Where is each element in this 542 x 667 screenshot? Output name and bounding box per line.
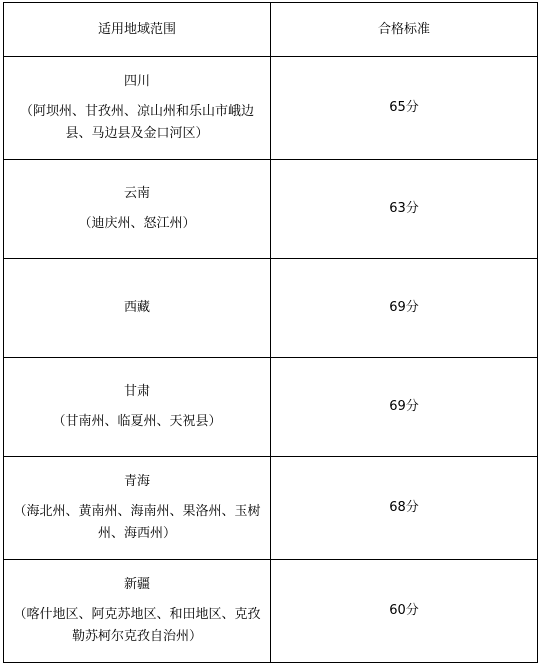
header-passing-standard: 合格标准 xyxy=(271,3,538,57)
region-cell: 云南 （迪庆州、怒江州） xyxy=(4,160,271,259)
score-cell: 63分 xyxy=(271,160,538,259)
table-row: 西藏 69分 xyxy=(4,259,538,358)
region-name: 青海 xyxy=(10,471,264,493)
table-row: 四川 （阿坝州、甘孜州、凉山州和乐山市峨边县、马边县及金口河区） 65分 xyxy=(4,57,538,160)
header-region-scope: 适用地域范围 xyxy=(4,3,271,57)
score-cell: 69分 xyxy=(271,259,538,358)
region-detail: （甘南州、临夏州、天祝县） xyxy=(10,411,264,433)
region-cell: 新疆 （喀什地区、阿克苏地区、和田地区、克孜勒苏柯尔克孜自治州） xyxy=(4,560,271,663)
region-detail: （迪庆州、怒江州） xyxy=(10,213,264,235)
region-cell: 青海 （海北州、黄南州、海南州、果洛州、玉树州、海西州） xyxy=(4,457,271,560)
score-cell: 69分 xyxy=(271,358,538,457)
score-cell: 68分 xyxy=(271,457,538,560)
region-cell: 四川 （阿坝州、甘孜州、凉山州和乐山市峨边县、马边县及金口河区） xyxy=(4,57,271,160)
qualification-standards-table: 适用地域范围 合格标准 四川 （阿坝州、甘孜州、凉山州和乐山市峨边县、马边县及金… xyxy=(3,2,538,663)
table-row: 云南 （迪庆州、怒江州） 63分 xyxy=(4,160,538,259)
region-detail: （喀什地区、阿克苏地区、和田地区、克孜勒苏柯尔克孜自治州） xyxy=(10,604,264,648)
table-row: 青海 （海北州、黄南州、海南州、果洛州、玉树州、海西州） 68分 xyxy=(4,457,538,560)
region-cell: 甘肃 （甘南州、临夏州、天祝县） xyxy=(4,358,271,457)
score-cell: 60分 xyxy=(271,560,538,663)
region-name: 西藏 xyxy=(10,297,264,319)
score-cell: 65分 xyxy=(271,57,538,160)
table-row: 新疆 （喀什地区、阿克苏地区、和田地区、克孜勒苏柯尔克孜自治州） 60分 xyxy=(4,560,538,663)
region-name: 新疆 xyxy=(10,574,264,596)
table-header-row: 适用地域范围 合格标准 xyxy=(4,3,538,57)
region-detail: （海北州、黄南州、海南州、果洛州、玉树州、海西州） xyxy=(10,501,264,545)
region-detail: （阿坝州、甘孜州、凉山州和乐山市峨边县、马边县及金口河区） xyxy=(10,101,264,145)
region-name: 四川 xyxy=(10,71,264,93)
region-cell: 西藏 xyxy=(4,259,271,358)
region-name: 甘肃 xyxy=(10,381,264,403)
region-name: 云南 xyxy=(10,183,264,205)
table-row: 甘肃 （甘南州、临夏州、天祝县） 69分 xyxy=(4,358,538,457)
